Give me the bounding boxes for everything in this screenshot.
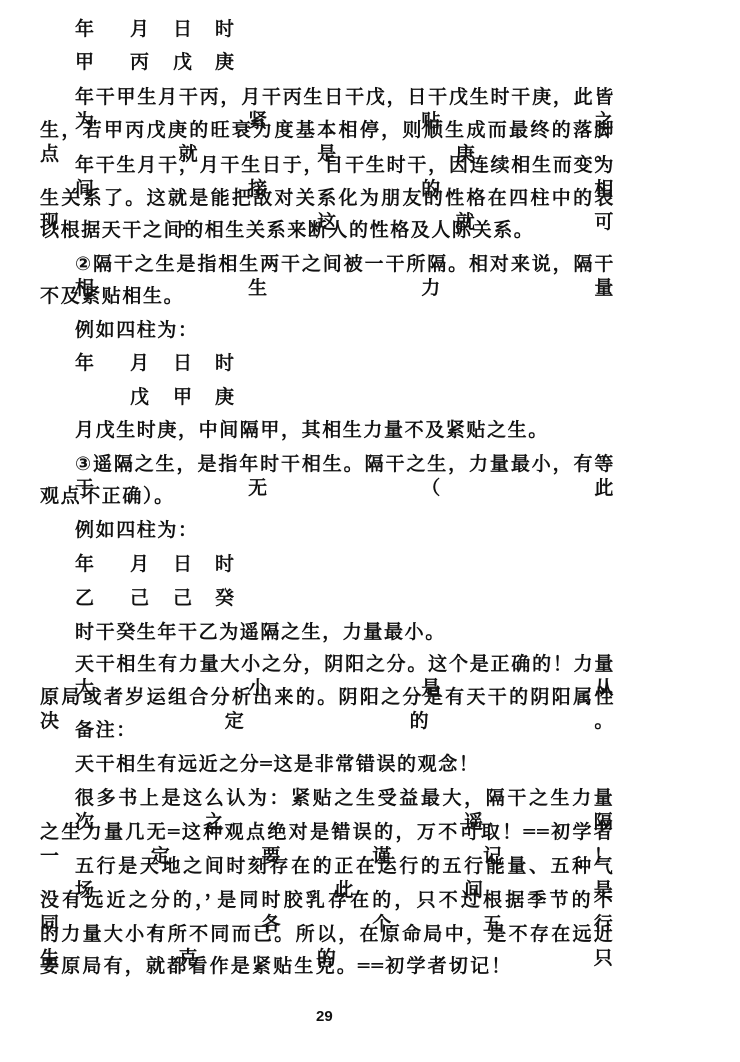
stem-hour: 癸 <box>215 586 234 610</box>
note-paragraph-line: 要原局有，就都看作是紧贴生克。══初学者切记！ <box>40 954 615 978</box>
stem-month: 戊 <box>130 385 149 409</box>
page-number: 29 <box>316 1008 333 1025</box>
stem-hour: 庚 <box>215 385 234 409</box>
document-page: 年 月 日 时 甲 丙 戊 庚 年干甲生月干丙，月干丙生日干戊，日干戊生时干庚，… <box>0 0 740 1062</box>
stem-month: 丙 <box>130 50 149 74</box>
stem-day: 己 <box>173 586 192 610</box>
pillar-day-label: 日 <box>173 17 192 41</box>
stem-day: 戊 <box>173 50 192 74</box>
pillar-month-label: 月 <box>130 351 149 375</box>
example3-intro: 例如四柱为： <box>75 518 615 542</box>
pillar-hour-label: 时 <box>215 351 234 375</box>
pillar-hour-label: 时 <box>215 552 234 576</box>
pillar-day-label: 日 <box>173 351 192 375</box>
point2-line: 不及紧贴相生。 <box>40 284 615 308</box>
stem-year: 乙 <box>75 586 94 610</box>
pillar-month-label: 月 <box>130 17 149 41</box>
stem-year: 甲 <box>75 50 94 74</box>
stem-day: 甲 <box>173 385 192 409</box>
stem-hour: 庚 <box>215 50 234 74</box>
pillar-year-label: 年 <box>75 17 94 41</box>
example3-explanation: 时干癸生年干乙为遥隔之生，力量最小。 <box>75 620 615 644</box>
note-heading: 天干相生有远近之分═这是非常错误的观念！ <box>75 752 615 776</box>
pillar-hour-label: 时 <box>215 17 234 41</box>
stem-month: 己 <box>130 586 149 610</box>
pillar-year-label: 年 <box>75 351 94 375</box>
note-label: 备注： <box>75 718 615 742</box>
paragraph-line: 以根据天干之间的相生关系来断人的性格及人际关系。 <box>40 218 615 242</box>
pillar-day-label: 日 <box>173 552 192 576</box>
pillar-month-label: 月 <box>130 552 149 576</box>
example2-intro: 例如四柱为： <box>75 318 615 342</box>
point3-line: 观点不正确）。 <box>40 484 615 508</box>
pillar-year-label: 年 <box>75 552 94 576</box>
example2-explanation: 月戊生时庚，中间隔甲，其相生力量不及紧贴之生。 <box>75 418 615 442</box>
